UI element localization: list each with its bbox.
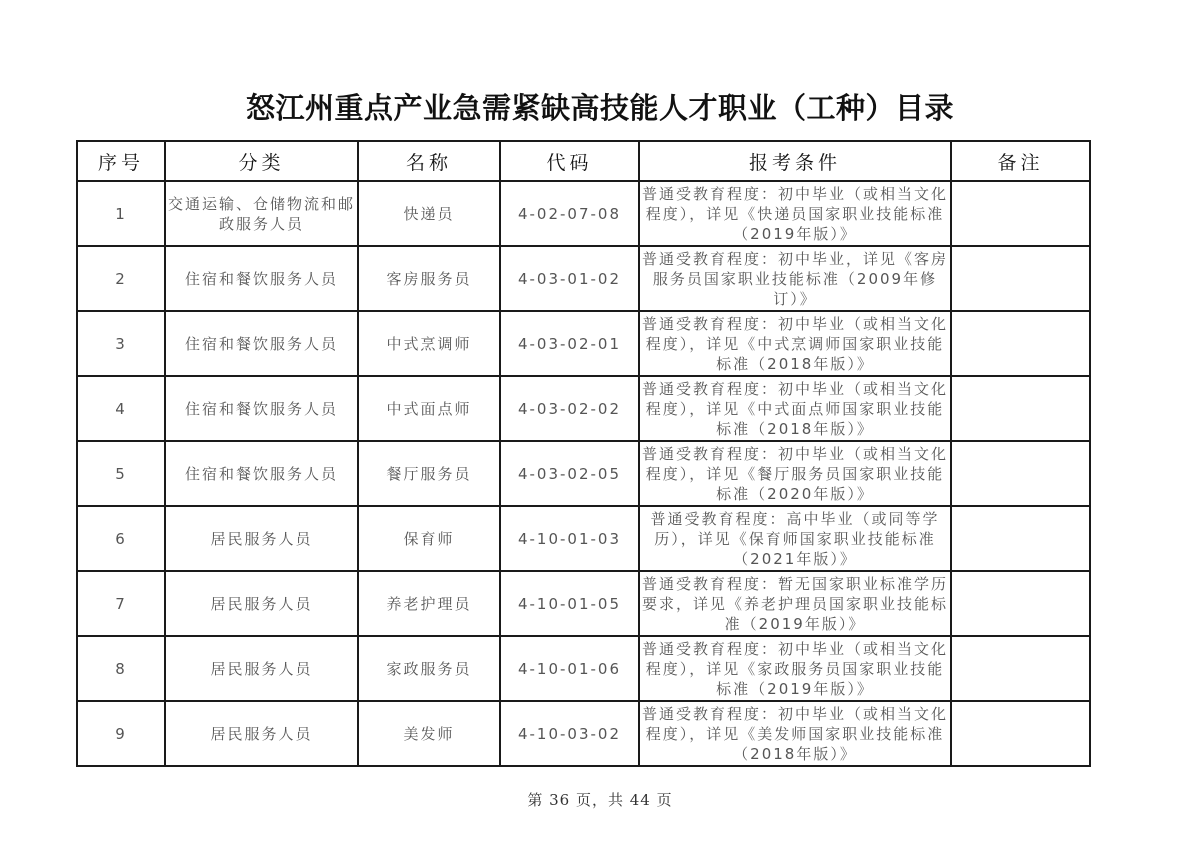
cell-code: 4-10-01-05 — [500, 571, 639, 636]
cell-code: 4-10-01-06 — [500, 636, 639, 701]
cell-note — [951, 181, 1090, 246]
cell-category: 居民服务人员 — [165, 506, 358, 571]
cell-seq: 4 — [77, 376, 165, 441]
cell-seq: 2 — [77, 246, 165, 311]
table-row: 6居民服务人员保育师4-10-01-03普通受教育程度：高中毕业（或同等学历），… — [77, 506, 1090, 571]
cell-category: 居民服务人员 — [165, 636, 358, 701]
cell-requirement: 普通受教育程度：初中毕业，详见《客房服务员国家职业技能标准（2009年修订）》 — [639, 246, 951, 311]
table-row: 5住宿和餐饮服务人员餐厅服务员4-03-02-05普通受教育程度：初中毕业（或相… — [77, 441, 1090, 506]
table-row: 1交通运输、仓储物流和邮政服务人员快递员4-02-07-08普通受教育程度：初中… — [77, 181, 1090, 246]
cell-category: 住宿和餐饮服务人员 — [165, 246, 358, 311]
occupation-catalog-table: 序号 分类 名称 代码 报考条件 备注 1交通运输、仓储物流和邮政服务人员快递员… — [76, 140, 1091, 767]
cell-note — [951, 701, 1090, 766]
cell-requirement: 普通受教育程度：初中毕业（或相当文化程度），详见《中式烹调师国家职业技能标准（2… — [639, 311, 951, 376]
cell-code: 4-10-01-03 — [500, 506, 639, 571]
cell-code: 4-03-02-05 — [500, 441, 639, 506]
header-seq: 序号 — [77, 141, 165, 181]
cell-seq: 8 — [77, 636, 165, 701]
cell-category: 居民服务人员 — [165, 571, 358, 636]
table-row: 9居民服务人员美发师4-10-03-02普通受教育程度：初中毕业（或相当文化程度… — [77, 701, 1090, 766]
cell-requirement: 普通受教育程度：初中毕业（或相当文化程度），详见《美发师国家职业技能标准（201… — [639, 701, 951, 766]
cell-note — [951, 376, 1090, 441]
table-row: 7居民服务人员养老护理员4-10-01-05普通受教育程度：暂无国家职业标准学历… — [77, 571, 1090, 636]
document-title: 怒江州重点产业急需紧缺高技能人才职业（工种）目录 — [0, 86, 1200, 127]
header-category: 分类 — [165, 141, 358, 181]
cell-category: 住宿和餐饮服务人员 — [165, 441, 358, 506]
table-header-row: 序号 分类 名称 代码 报考条件 备注 — [77, 141, 1090, 181]
cell-requirement: 普通受教育程度：初中毕业（或相当文化程度），详见《中式面点师国家职业技能标准（2… — [639, 376, 951, 441]
cell-note — [951, 636, 1090, 701]
header-requirement: 报考条件 — [639, 141, 951, 181]
header-name: 名称 — [358, 141, 500, 181]
cell-name: 家政服务员 — [358, 636, 500, 701]
cell-requirement: 普通受教育程度：高中毕业（或同等学历），详见《保育师国家职业技能标准（2021年… — [639, 506, 951, 571]
cell-requirement: 普通受教育程度：初中毕业（或相当文化程度），详见《快递员国家职业技能标准（201… — [639, 181, 951, 246]
cell-seq: 7 — [77, 571, 165, 636]
cell-note — [951, 506, 1090, 571]
cell-name: 养老护理员 — [358, 571, 500, 636]
cell-note — [951, 441, 1090, 506]
cell-name: 中式烹调师 — [358, 311, 500, 376]
cell-name: 快递员 — [358, 181, 500, 246]
cell-category: 住宿和餐饮服务人员 — [165, 376, 358, 441]
cell-code: 4-02-07-08 — [500, 181, 639, 246]
cell-note — [951, 246, 1090, 311]
table-row: 8居民服务人员家政服务员4-10-01-06普通受教育程度：初中毕业（或相当文化… — [77, 636, 1090, 701]
cell-seq: 9 — [77, 701, 165, 766]
cell-seq: 3 — [77, 311, 165, 376]
cell-seq: 5 — [77, 441, 165, 506]
cell-requirement: 普通受教育程度：初中毕业（或相当文化程度），详见《家政服务员国家职业技能标准（2… — [639, 636, 951, 701]
cell-name: 中式面点师 — [358, 376, 500, 441]
cell-code: 4-03-02-02 — [500, 376, 639, 441]
cell-name: 美发师 — [358, 701, 500, 766]
header-code: 代码 — [500, 141, 639, 181]
cell-requirement: 普通受教育程度：初中毕业（或相当文化程度），详见《餐厅服务员国家职业技能标准（2… — [639, 441, 951, 506]
cell-category: 交通运输、仓储物流和邮政服务人员 — [165, 181, 358, 246]
cell-category: 居民服务人员 — [165, 701, 358, 766]
table-body: 1交通运输、仓储物流和邮政服务人员快递员4-02-07-08普通受教育程度：初中… — [77, 181, 1090, 766]
cell-name: 餐厅服务员 — [358, 441, 500, 506]
cell-requirement: 普通受教育程度：暂无国家职业标准学历要求，详见《养老护理员国家职业技能标准（20… — [639, 571, 951, 636]
cell-code: 4-10-03-02 — [500, 701, 639, 766]
cell-code: 4-03-01-02 — [500, 246, 639, 311]
cell-category: 住宿和餐饮服务人员 — [165, 311, 358, 376]
cell-seq: 1 — [77, 181, 165, 246]
page-number: 第 36 页，共 44 页 — [0, 789, 1200, 810]
cell-code: 4-03-02-01 — [500, 311, 639, 376]
cell-note — [951, 311, 1090, 376]
table-row: 4住宿和餐饮服务人员中式面点师4-03-02-02普通受教育程度：初中毕业（或相… — [77, 376, 1090, 441]
table-row: 2住宿和餐饮服务人员客房服务员4-03-01-02普通受教育程度：初中毕业，详见… — [77, 246, 1090, 311]
table-row: 3住宿和餐饮服务人员中式烹调师4-03-02-01普通受教育程度：初中毕业（或相… — [77, 311, 1090, 376]
cell-note — [951, 571, 1090, 636]
cell-name: 客房服务员 — [358, 246, 500, 311]
header-note: 备注 — [951, 141, 1090, 181]
cell-seq: 6 — [77, 506, 165, 571]
cell-name: 保育师 — [358, 506, 500, 571]
